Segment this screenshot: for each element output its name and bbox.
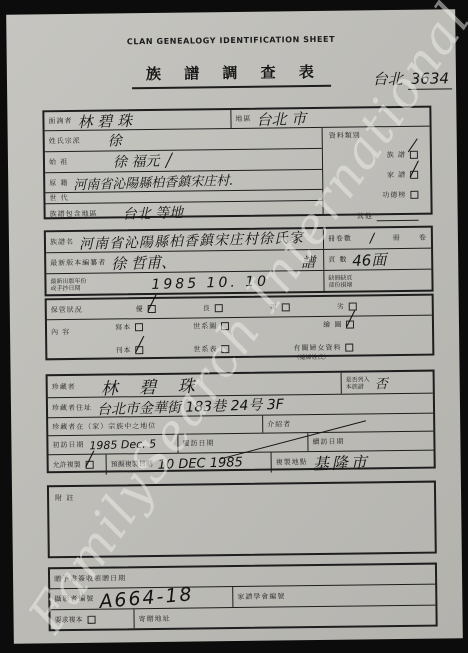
generations-label: 世 代 [49,193,68,203]
condition-excellent-label: 優 [136,304,144,314]
section-condition-table: 保管狀況 優 ╱ 良 可 劣 [45,294,435,361]
copy-permission-checkbox: ╱ [86,461,94,469]
clan-genealogy-checkbox [410,151,418,159]
first-visit-value: 1985 Dec. 5 [89,437,156,452]
option-merit-board-label: 功德榜 [382,190,406,200]
volumes-unit-ce: 冊 [393,233,401,243]
content-printed: 刊本 ╱ [115,337,193,364]
condition-fair-label: 可 [270,302,278,312]
serial-number-handwriting: 3634 [408,69,452,90]
pubdate-value: 1985 10. 10 [151,274,269,293]
section-genealogy-table: 族譜名 河南省沁陽縣柏香鎮宋庄村徐氏家 冊卷數 / 冊 卷 最新版本編纂者 徐 … [44,226,434,297]
lineage-chart-checkbox [221,322,229,330]
coverage-cell: 族譜包含地區 台北 等地 [45,201,322,224]
copy-permission-checkmark: ╱ [86,453,95,467]
compiler-value: 徐 哲甫、 [111,251,176,274]
introducer-label: 介紹者 [267,419,291,429]
owner-position-cell: 珍藏者在（家）宗族中之地位 [48,416,263,436]
illustrations-label: 繪 圖 [323,320,342,330]
compiler-cell: 最新版本編纂者 徐 哲甫、 譜 [46,250,324,273]
planned-copy-date-value: 10 DEC 1985 [157,455,243,473]
pages-cell: 頁 數 46面 [324,249,431,270]
content-lineage-chart: 世系圖 [193,320,285,331]
copy-location-value: 基隆市 [312,449,370,474]
material-category-panel: 資料類別 族 譜 家 譜 ╱ 功德榜 [323,127,431,215]
volumes-label: 冊卷數 [328,234,352,244]
revisit-label: 覆訪日期 [182,438,214,448]
listed-label-line2: 本族譜 [346,383,370,390]
option-family-genealogy: 家 譜 ╱ [387,170,418,180]
owner-address-label: 珍藏者住址 [52,402,92,412]
planned-copy-date-label: 預擬複製日期 [111,459,153,470]
option-other-label: 其他 [357,211,373,221]
interviewee-label: 面詢者 [48,116,72,126]
women-data-label: 有關婦女資料 [293,343,341,354]
content-lineage-table: 世系表 [193,335,285,362]
copy-request-checkbox [88,615,96,623]
content-manuscript-label: 寫本 [115,322,131,332]
condition-excellent: 優 ╱ [136,303,156,313]
content-illustrations: 繪 圖 ╱ [323,320,354,330]
section1-left-column: 姓氏宗派 徐 始 祖 徐 福元 ╱ 原 籍 河南省沁陽縣柏香鎮宋庄村. 世 代 [45,128,324,218]
contents-cell: 內 容 寫本 世系圖 繪 圖 [47,316,432,361]
section-owner-table: 珍藏者 林 碧 珠 是否列入 本族譜 否 珍藏者住址 台北市金華街 183巷 2… [46,370,436,474]
lineage-table-label: 世系表 [193,344,217,354]
planned-copy-date-cell: 預擬複製日期 10 DEC 1985 [107,453,272,475]
scanned-form-sheet: CLAN GENEALOGY IDENTIFICATION SHEET 族 譜 … [0,0,468,653]
printed-label: 刊本 [115,345,131,355]
copy-location-cell: 複製地點 基隆市 [272,451,434,473]
followup-visit-label: 續訪日期 [312,437,344,447]
pubdate-label-line2: 或手抄日期 [50,285,86,292]
photographer-number-label: 攝影者編號 [54,594,94,604]
genealogy-name-label: 族譜名 [50,237,74,247]
interviewee-value: 林 碧 珠 [77,109,132,132]
owner-cell: 珍藏者 林 碧 珠 [48,373,342,398]
followup-visit-cell: 續訪日期 [308,432,433,452]
illustrations-checkbox: ╱ [346,321,354,329]
content-manuscript: 寫本 [115,322,193,333]
condition-poor: 劣 [337,301,357,311]
revisit-cell: 覆訪日期 [178,433,308,453]
area-value: 台北 市 [256,107,306,129]
pages-label: 頁 數 [328,255,347,265]
copy-request-label: 要求複本 [55,614,83,624]
illustrations-checkmark: ╱ [346,313,355,327]
volumes-unit-juan: 卷 [419,233,427,243]
condition-good-checkbox [215,304,223,312]
coverage-value: 台北 等地 [122,202,183,224]
lineage-chart-label: 世系圖 [193,321,217,331]
condition-poor-label: 劣 [337,301,345,311]
send-address-label: 寄贈地址 [139,613,171,623]
copy-permission-cell: 允許複製 ╱ [49,455,107,476]
missing-pages-cell: 缺冊缺頁 部份損壞 [324,270,431,293]
paper-page: CLAN GENEALOGY IDENTIFICATION SHEET 族 譜 … [6,9,463,643]
owner-value: 林 碧 珠 [100,372,203,400]
listed-value: 否 [374,373,388,392]
pages-value: 46面 [352,248,387,270]
condition-poor-checkbox [349,302,357,310]
condition-label: 保管狀況 [51,304,83,314]
english-title: CLAN GENEALOGY IDENTIFICATION SHEET [6,33,455,47]
volumes-value: / [370,231,375,246]
section-notes-box: 附 註 [47,481,437,559]
listed-label-line1: 是否列入 [346,376,370,383]
printed-checkbox: ╱ [135,346,143,354]
pubdate-label-block: 最新出版年份 或手抄日期 [50,278,86,292]
condition-fair: 可 [270,302,290,312]
option-clan-genealogy: 族 譜 [387,150,418,160]
origin-value: 河南省沁陽縣柏香鎮宋庄村. [73,170,234,194]
first-visit-label: 初訪日期 [52,440,84,450]
send-address-cell: 寄贈地址 [134,606,435,629]
surname-value: 徐 [107,130,122,150]
content-women-data: 有關婦女資料 （媳婦姓氏） [293,335,353,362]
lineage-table-checkbox [221,345,229,353]
area-cell: 地區 台北 市 [231,108,429,128]
notes-label: 附 註 [55,493,74,503]
other-blank-line [377,211,419,221]
printed-checkmark: ╱ [135,338,144,352]
photographer-number-cell: 攝影者編號 A664-18 [50,587,233,609]
copy-request-cell: 要求複本 [50,609,134,629]
section-numbering-table: 贈予書簽收領贈日期 攝影者編號 A664-18 家譜學會編號 要求複本 [48,563,438,632]
family-genealogy-checkmark: ╱ [410,163,419,177]
contents-label: 內 容 [51,327,70,337]
women-data-checkbox [345,344,353,352]
origin-label: 原 籍 [49,178,68,188]
coverage-label: 族譜包含地區 [50,209,98,220]
genealogy-name-cell: 族譜名 河南省沁陽縣柏香鎮宋庄村徐氏家 [46,229,324,252]
option-merit-board: 功德榜 [382,190,418,200]
serial-number-area: 台北 3634 [373,67,453,89]
missing-pages-label-block: 缺冊缺頁 部份損壞 [328,275,352,289]
pubdate-cell: 最新出版年份 或手抄日期 1985 10. 10 [46,271,324,296]
condition-good: 良 [203,303,223,313]
family-genealogy-checkbox: ╱ [410,171,418,179]
missing-label-line2: 部份損壞 [328,282,352,289]
women-data-note: （媳婦姓氏） [294,354,354,362]
society-number-label: 家譜學會編號 [237,591,285,602]
notes-cell: 附 註 [49,483,435,557]
area-label: 地區 [235,114,251,124]
interviewee-cell: 面詢者 林 碧 珠 [44,110,231,130]
manuscript-checkbox [135,323,143,331]
option-other: 其他 [357,211,419,222]
ancestor-value: 徐 福元 [113,151,160,172]
option-clan-genealogy-label: 族 譜 [387,150,406,160]
gift-receipt-label: 贈予書簽收領贈日期 [54,573,126,584]
merit-board-checkbox [410,191,418,199]
listed-label-block: 是否列入 本族譜 [346,376,370,390]
option-family-genealogy-label: 家 譜 [387,170,406,180]
condition-good-label: 良 [203,303,211,313]
compiler-label: 最新版本編纂者 [50,258,106,269]
condition-excellent-checkmark: ╱ [148,296,157,310]
ancestor-stroke: ╱ [164,153,172,168]
copy-location-label: 複製地點 [276,457,308,467]
condition-fair-checkbox [282,303,290,311]
owner-position-label: 珍藏者在（家）宗族中之地位 [52,420,156,431]
listed-in-genealogy-cell: 是否列入 本族譜 否 [342,372,433,394]
condition-excellent-checkbox: ╱ [148,304,156,312]
genealogy-name-overflow: 譜 [301,252,316,272]
owner-label: 珍藏者 [52,381,76,391]
introducer-cell: 介紹者 [263,414,433,433]
surname-label: 姓氏宗派 [49,136,81,146]
copy-permission-label: 允許複製 [53,460,81,470]
ancestor-label: 始 祖 [49,157,68,167]
section-interviewee-table: 面詢者 林 碧 珠 地區 台北 市 姓氏宗派 徐 始 祖 徐 福元 [42,106,432,220]
society-number-cell: 家譜學會編號 [233,585,435,607]
first-visit-cell: 初訪日期 1985 Dec. 5 [48,435,178,455]
serial-city-handwriting: 台北 [373,70,403,88]
chinese-title: 族 譜 調 查 表 [132,61,331,89]
volumes-cell: 冊卷數 / 冊 卷 [324,228,431,249]
